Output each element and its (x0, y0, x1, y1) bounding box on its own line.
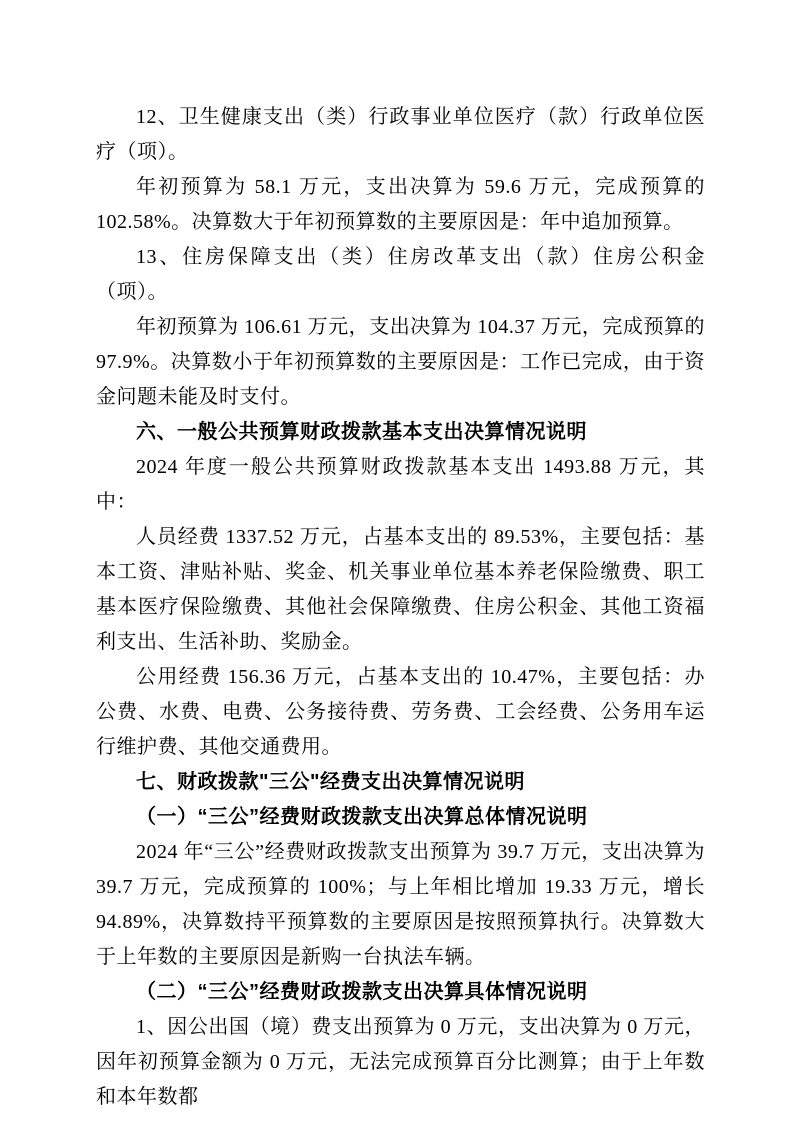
heading-section-six: 六、一般公共预算财政拨款基本支出决算情况说明 (96, 415, 705, 450)
para-health-budget-detail: 年初预算为 58.1 万元，支出决算为 59.6 万元，完成预算的 102.58… (96, 170, 705, 240)
heading-subsection-two: （二）“三公”经费财政拨款支出决算具体情况说明 (96, 975, 705, 1010)
para-basic-expenditure-total: 2024 年度一般公共预算财政拨款基本支出 1493.88 万元，其中： (96, 450, 705, 520)
para-housing-budget-detail: 年初预算为 106.61 万元，支出决算为 104.37 万元，完成预算的 97… (96, 310, 705, 415)
para-health-expenditure-item: 12、卫生健康支出（类）行政事业单位医疗（款）行政单位医疗（项）。 (96, 100, 705, 170)
para-personnel-funds: 人员经费 1337.52 万元，占基本支出的 89.53%，主要包括：基本工资、… (96, 520, 705, 660)
para-overseas-trips-expense: 1、因公出国（境）费支出预算为 0 万元，支出决算为 0 万元，因年初预算金额为… (96, 1010, 705, 1115)
heading-section-seven: 七、财政拨款"三公"经费支出决算情况说明 (96, 765, 705, 800)
para-housing-expenditure-item: 13、住房保障支出（类）住房改革支出（款）住房公积金（项）。 (96, 240, 705, 310)
para-three-public-overview: 2024 年“三公”经费财政拨款支出预算为 39.7 万元，支出决算为 39.7… (96, 835, 705, 975)
document-page: 12、卫生健康支出（类）行政事业单位医疗（款）行政单位医疗（项）。 年初预算为 … (0, 0, 793, 1122)
para-public-funds: 公用经费 156.36 万元，占基本支出的 10.47%，主要包括：办公费、水费… (96, 660, 705, 765)
heading-subsection-one: （一）“三公”经费财政拨款支出决算总体情况说明 (96, 800, 705, 835)
